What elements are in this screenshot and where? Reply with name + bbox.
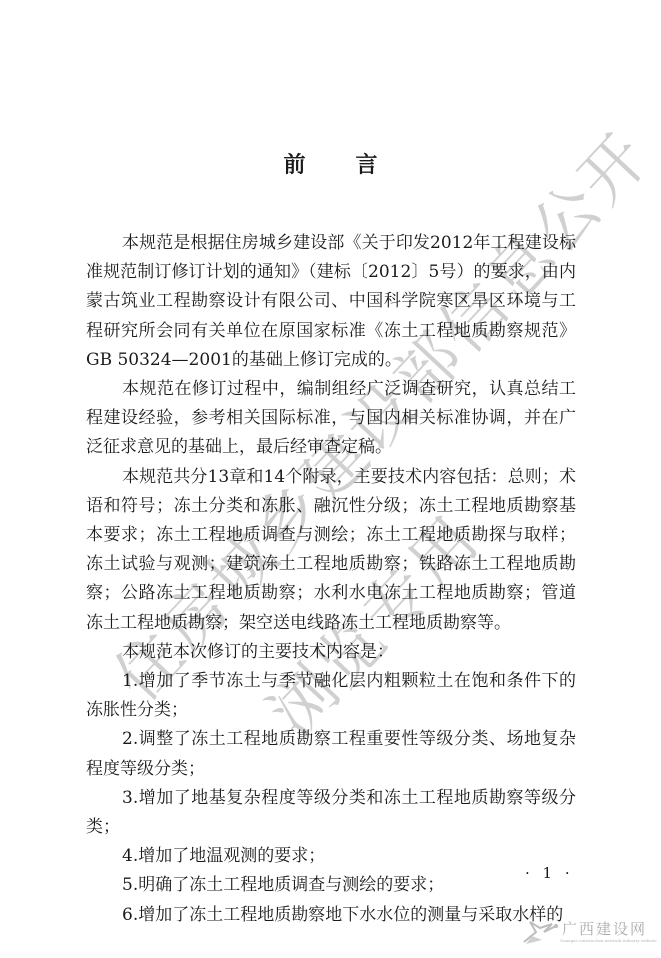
logo-name: 广西建设网 — [562, 918, 647, 939]
revision-item-6: 6.增加了冻土工程地质勘察地下水水位的测量与采取水样的 — [86, 901, 576, 930]
revision-item-1: 1.增加了季节冻土与季节融化层内粗颗粒土在饱和条件下的冻胀性分类； — [86, 667, 576, 725]
paragraph-contents: 本规范共分13章和14个附录，主要技术内容包括：总则；术语和符号；冻土分类和冻胀… — [86, 463, 576, 638]
revision-item-3: 3.增加了地基复杂程度等级分类和冻土工程地质勘察等级分类； — [86, 784, 576, 842]
title-char-2: 言 — [356, 148, 378, 179]
site-logo: 广西建设网 Guangxi construction network indus… — [520, 918, 660, 952]
paragraph-basis: 本规范是根据住房城乡建设部《关于印发2012年工程建设标准规范制订修订计划的通知… — [86, 229, 576, 375]
star-logo-icon — [522, 918, 558, 948]
page-number: · 1 · — [525, 864, 574, 882]
title-char-1: 前 — [283, 148, 305, 179]
paragraph-process: 本规范在修订过程中，编制组经广泛调查研究，认真总结工程建设经验，参考相关国际标准… — [86, 375, 576, 463]
revision-item-5: 5.明确了冻土工程地质调查与测绘的要求； — [86, 871, 576, 900]
paragraph-revision-intro: 本规范本次修订的主要技术内容是： — [86, 638, 576, 667]
revision-item-4: 4.增加了地温观测的要求； — [86, 842, 576, 871]
document-page: 住房城乡建设部信息公开 浏览专用 前言 本规范是根据住房城乡建设部《关于印发20… — [0, 0, 661, 958]
body-text: 本规范是根据住房城乡建设部《关于印发2012年工程建设标准规范制订修订计划的通知… — [86, 229, 576, 930]
revision-item-2: 2.调整了冻土工程地质勘察工程重要性等级分类、场地复杂程度等级分类； — [86, 725, 576, 783]
page-title: 前言 — [0, 148, 661, 179]
logo-subtitle: Guangxi construction network industry we… — [560, 938, 657, 943]
